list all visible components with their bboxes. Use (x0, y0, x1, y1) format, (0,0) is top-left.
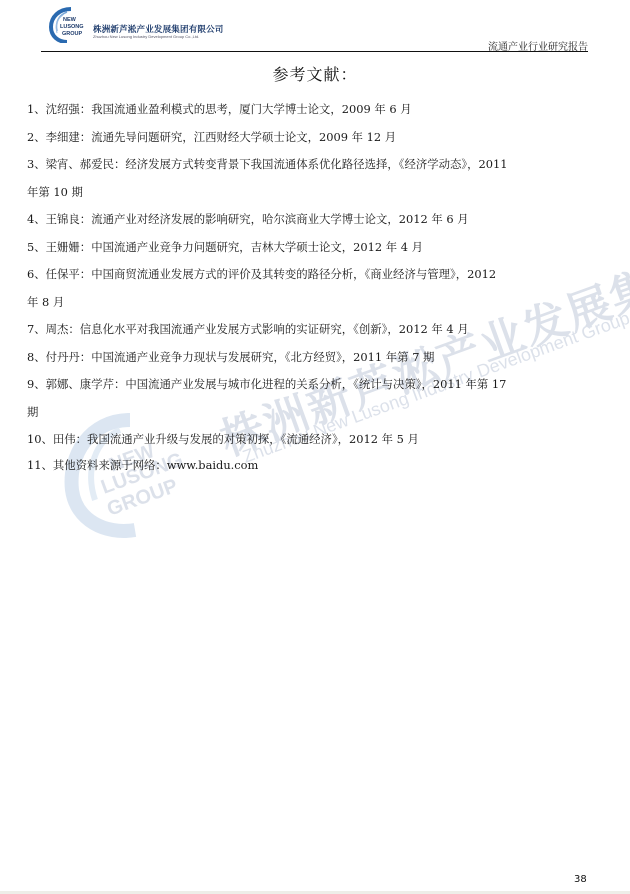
reference-line: 10、田伟：我国流通产业升级与发展的对策初探，《流通经济》，2012 年 5 月 (27, 426, 587, 454)
reference-list: 1、沈绍强：我国流通业盈利模式的思考，厦门大学博士论文，2009 年 6 月 2… (27, 96, 587, 477)
reference-line: 4、王锦良：流通产业对经济发展的影响研究，哈尔滨商业大学博士论文，2012 年 … (27, 206, 587, 234)
reference-item-11: 11、其他资料来源于网络：www.baidu.com (27, 454, 587, 477)
reference-line: 2、李细建：流通先导问题研究，江西财经大学硕士论文，2009 年 12 月 (27, 124, 587, 152)
reference-item-6: 6、任保平：中国商贸流通业发展方式的评价及其转变的路径分析，《商业经济与管理》，… (27, 261, 587, 316)
company-name-en: Zhuzhou New Lusong Industry Development … (93, 34, 199, 39)
reference-line: 11、其他资料来源于网络：www.baidu.com (27, 454, 587, 477)
svg-text:GROUP: GROUP (104, 475, 180, 521)
reference-line: 1、沈绍强：我国流通业盈利模式的思考，厦门大学博士论文，2009 年 6 月 (27, 96, 587, 124)
reference-line: 5、王姗姗：中国流通产业竞争力问题研究，吉林大学硕士论文，2012 年 4 月 (27, 234, 587, 262)
company-logo: NEW LUSONG GROUP 株洲新芦淞产业发展集团有限公司 Zhuzhou… (49, 7, 249, 43)
reference-item-4: 4、王锦良：流通产业对经济发展的影响研究，哈尔滨商业大学博士论文，2012 年 … (27, 206, 587, 234)
reference-line: 9、郭娜、康学芹：中国流通产业发展与城市化进程的关系分析，《统计与决策》，201… (27, 371, 587, 399)
reference-line-continued: 年第 10 期 (27, 179, 587, 207)
reference-item-3: 3、梁宵、郝爱民：经济发展方式转变背景下我国流通体系优化路径选择，《经济学动态》… (27, 151, 587, 206)
page-number: 38 (574, 874, 587, 885)
reference-line-continued: 期 (27, 399, 587, 427)
reference-item-8: 8、付丹丹：中国流通产业竞争力现状与发展研究，《北方经贸》，2011 年第 7 … (27, 344, 587, 372)
svg-text:GROUP: GROUP (62, 31, 83, 37)
page-header: NEW LUSONG GROUP 株洲新芦淞产业发展集团有限公司 Zhuzhou… (41, 0, 588, 53)
reference-item-9: 9、郭娜、康学芹：中国流通产业发展与城市化进程的关系分析，《统计与决策》，201… (27, 371, 587, 426)
reference-item-1: 1、沈绍强：我国流通业盈利模式的思考，厦门大学博士论文，2009 年 6 月 (27, 96, 587, 124)
reference-line: 3、梁宵、郝爱民：经济发展方式转变背景下我国流通体系优化路径选择，《经济学动态》… (27, 151, 587, 179)
svg-text:LUSONG: LUSONG (60, 24, 84, 30)
svg-text:NEW: NEW (63, 17, 77, 23)
reference-line: 6、任保平：中国商贸流通业发展方式的评价及其转变的路径分析，《商业经济与管理》，… (27, 261, 587, 289)
reference-item-2: 2、李细建：流通先导问题研究，江西财经大学硕士论文，2009 年 12 月 (27, 124, 587, 152)
header-divider (41, 51, 588, 52)
reference-line: 8、付丹丹：中国流通产业竞争力现状与发展研究，《北方经贸》，2011 年第 7 … (27, 344, 587, 372)
reference-item-7: 7、周杰：信息化水平对我国流通产业发展方式影响的实证研究，《创新》，2012 年… (27, 316, 587, 344)
reference-item-10: 10、田伟：我国流通产业升级与发展的对策初探，《流通经济》，2012 年 5 月 (27, 426, 587, 454)
reference-line-continued: 年 8 月 (27, 289, 587, 317)
page-title: 参考文献： (0, 62, 630, 85)
reference-line: 7、周杰：信息化水平对我国流通产业发展方式影响的实证研究，《创新》，2012 年… (27, 316, 587, 344)
reference-item-5: 5、王姗姗：中国流通产业竞争力问题研究，吉林大学硕士论文，2012 年 4 月 (27, 234, 587, 262)
new-lusong-group-logo-icon: NEW LUSONG GROUP (49, 7, 89, 43)
